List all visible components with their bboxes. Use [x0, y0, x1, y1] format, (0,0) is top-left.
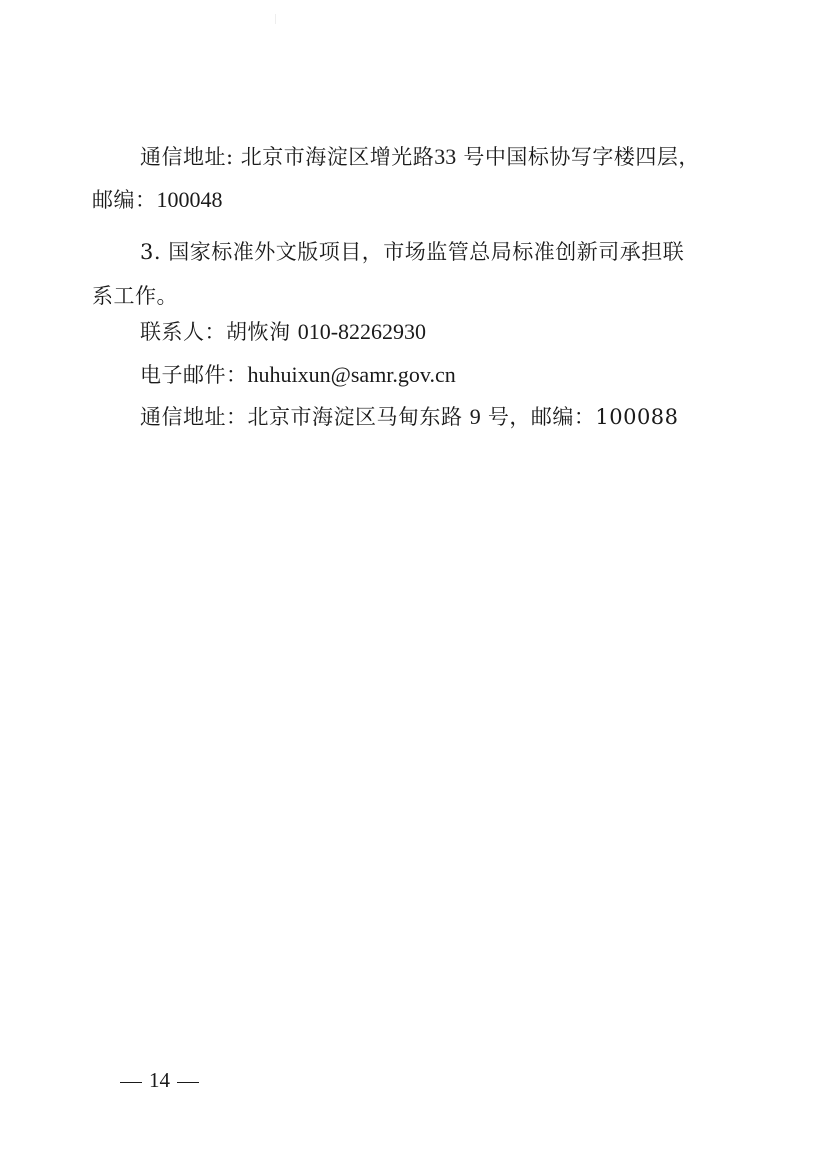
- text: 3. 国家标准外文版项目，市场监管总局标准创新司承担联: [140, 240, 684, 264]
- contact-line: 联系人：胡恢洵 010-82262930: [140, 320, 426, 344]
- text: 号中国标协写字楼四层，: [456, 145, 700, 169]
- postcode: 100048: [157, 187, 223, 212]
- dash-right: [177, 1082, 199, 1083]
- postcode-line-1: 邮编：100048: [92, 188, 223, 212]
- text: 邮编：: [92, 188, 157, 212]
- text: 号，邮编：100088: [481, 405, 679, 429]
- text: 系工作。: [92, 284, 178, 308]
- phone-number: 010-82262930: [298, 319, 426, 344]
- page-number: 14: [149, 1068, 170, 1092]
- dash-left: [120, 1082, 142, 1083]
- email-link[interactable]: huhuixun@samr.gov.cn: [248, 362, 456, 387]
- text: 通信地址: 北京市海淀区增光路: [140, 145, 434, 169]
- address-line-1: 通信地址: 北京市海淀区增光路33 号中国标协写字楼四层，: [140, 145, 700, 169]
- address-line-2: 通信地址：北京市海淀区马甸东路 9 号，邮编：100088: [140, 405, 679, 429]
- email-line: 电子邮件：huhuixun@samr.gov.cn: [140, 363, 456, 387]
- item-3-line-1: 3. 国家标准外文版项目，市场监管总局标准创新司承担联: [140, 240, 684, 264]
- page-footer: 14: [113, 1068, 206, 1093]
- item-3-line-2: 系工作。: [92, 284, 178, 308]
- number: 33: [434, 144, 456, 169]
- text: 联系人：胡恢洵: [140, 320, 298, 344]
- text: 通信地址：北京市海淀区马甸东路: [140, 405, 470, 429]
- number: 9: [470, 404, 481, 429]
- scan-mark: [275, 14, 276, 24]
- text: 电子邮件：: [140, 363, 248, 387]
